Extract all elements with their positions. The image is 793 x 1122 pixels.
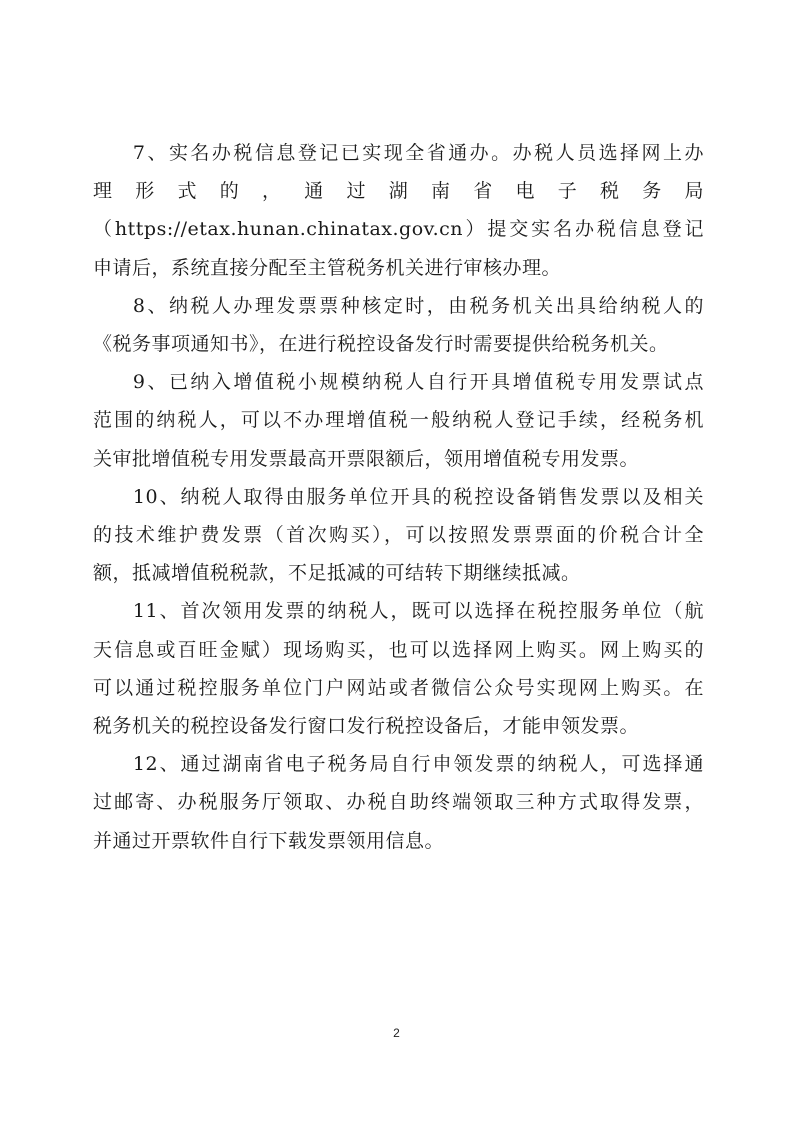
paragraph-10: 10、纳税人取得由服务单位开具的税控设备销售发票以及相关 的技术维护费发票（首次…	[93, 478, 704, 593]
paragraph-line: 过邮寄、办税服务厅领取、办税自助终端领取三种方式取得发票，	[93, 783, 704, 821]
paragraph-line: 可以通过税控服务单位门户网站或者微信公众号实现网上购买。在	[93, 669, 704, 707]
paragraph-line: 税务机关的税控设备发行窗口发行税控设备后，才能申领发票。	[93, 707, 704, 745]
page-number: 2	[0, 1026, 793, 1040]
paragraph-line: 10、纳税人取得由服务单位开具的税控设备销售发票以及相关	[93, 478, 704, 516]
paragraph-line: 理形式的，通过湖南省电子税务局	[93, 172, 704, 210]
paragraph-line: 范围的纳税人，可以不办理增值税一般纳税人登记手续，经税务机	[93, 401, 704, 439]
paragraph-line: 的技术维护费发票（首次购买），可以按照发票票面的价税合计全	[93, 516, 704, 554]
paragraph-line: 额，抵减增值税税款，不足抵减的可结转下期继续抵减。	[93, 554, 704, 592]
paragraph-line: 12、通过湖南省电子税务局自行申领发票的纳税人，可选择通	[93, 745, 704, 783]
paragraph-7: 7、实名办税信息登记已实现全省通办。办税人员选择网上办 理形式的，通过湖南省电子…	[93, 134, 704, 287]
paragraph-line: 7、实名办税信息登记已实现全省通办。办税人员选择网上办	[93, 134, 704, 172]
paragraph-line: 《税务事项通知书》，在进行税控设备发行时需要提供给税务机关。	[93, 325, 704, 363]
paragraph-line: 天信息或百旺金赋）现场购买，也可以选择网上购买。网上购买的	[93, 631, 704, 669]
paragraph-line: 11、首次领用发票的纳税人，既可以选择在税控服务单位（航	[93, 592, 704, 630]
paragraph-line: （https://etax.hunan.chinatax.gov.cn）提交实名…	[93, 210, 704, 248]
paragraph-line: 申请后，系统直接分配至主管税务机关进行审核办理。	[93, 249, 704, 287]
paragraph-line: 关审批增值税专用发票最高开票限额后，领用增值税专用发票。	[93, 440, 704, 478]
paragraph-12: 12、通过湖南省电子税务局自行申领发票的纳税人，可选择通 过邮寄、办税服务厅领取…	[93, 745, 704, 860]
paragraph-line: 9、已纳入增值税小规模纳税人自行开具增值税专用发票试点	[93, 363, 704, 401]
paragraph-9: 9、已纳入增值税小规模纳税人自行开具增值税专用发票试点 范围的纳税人，可以不办理…	[93, 363, 704, 478]
paragraph-8: 8、纳税人办理发票票种核定时，由税务机关出具给纳税人的 《税务事项通知书》，在进…	[93, 287, 704, 363]
paragraph-11: 11、首次领用发票的纳税人，既可以选择在税控服务单位（航 天信息或百旺金赋）现场…	[93, 592, 704, 745]
document-body: 7、实名办税信息登记已实现全省通办。办税人员选择网上办 理形式的，通过湖南省电子…	[93, 134, 704, 860]
paragraph-line: 并通过开票软件自行下载发票领用信息。	[93, 822, 704, 860]
paragraph-line: 8、纳税人办理发票票种核定时，由税务机关出具给纳税人的	[93, 287, 704, 325]
